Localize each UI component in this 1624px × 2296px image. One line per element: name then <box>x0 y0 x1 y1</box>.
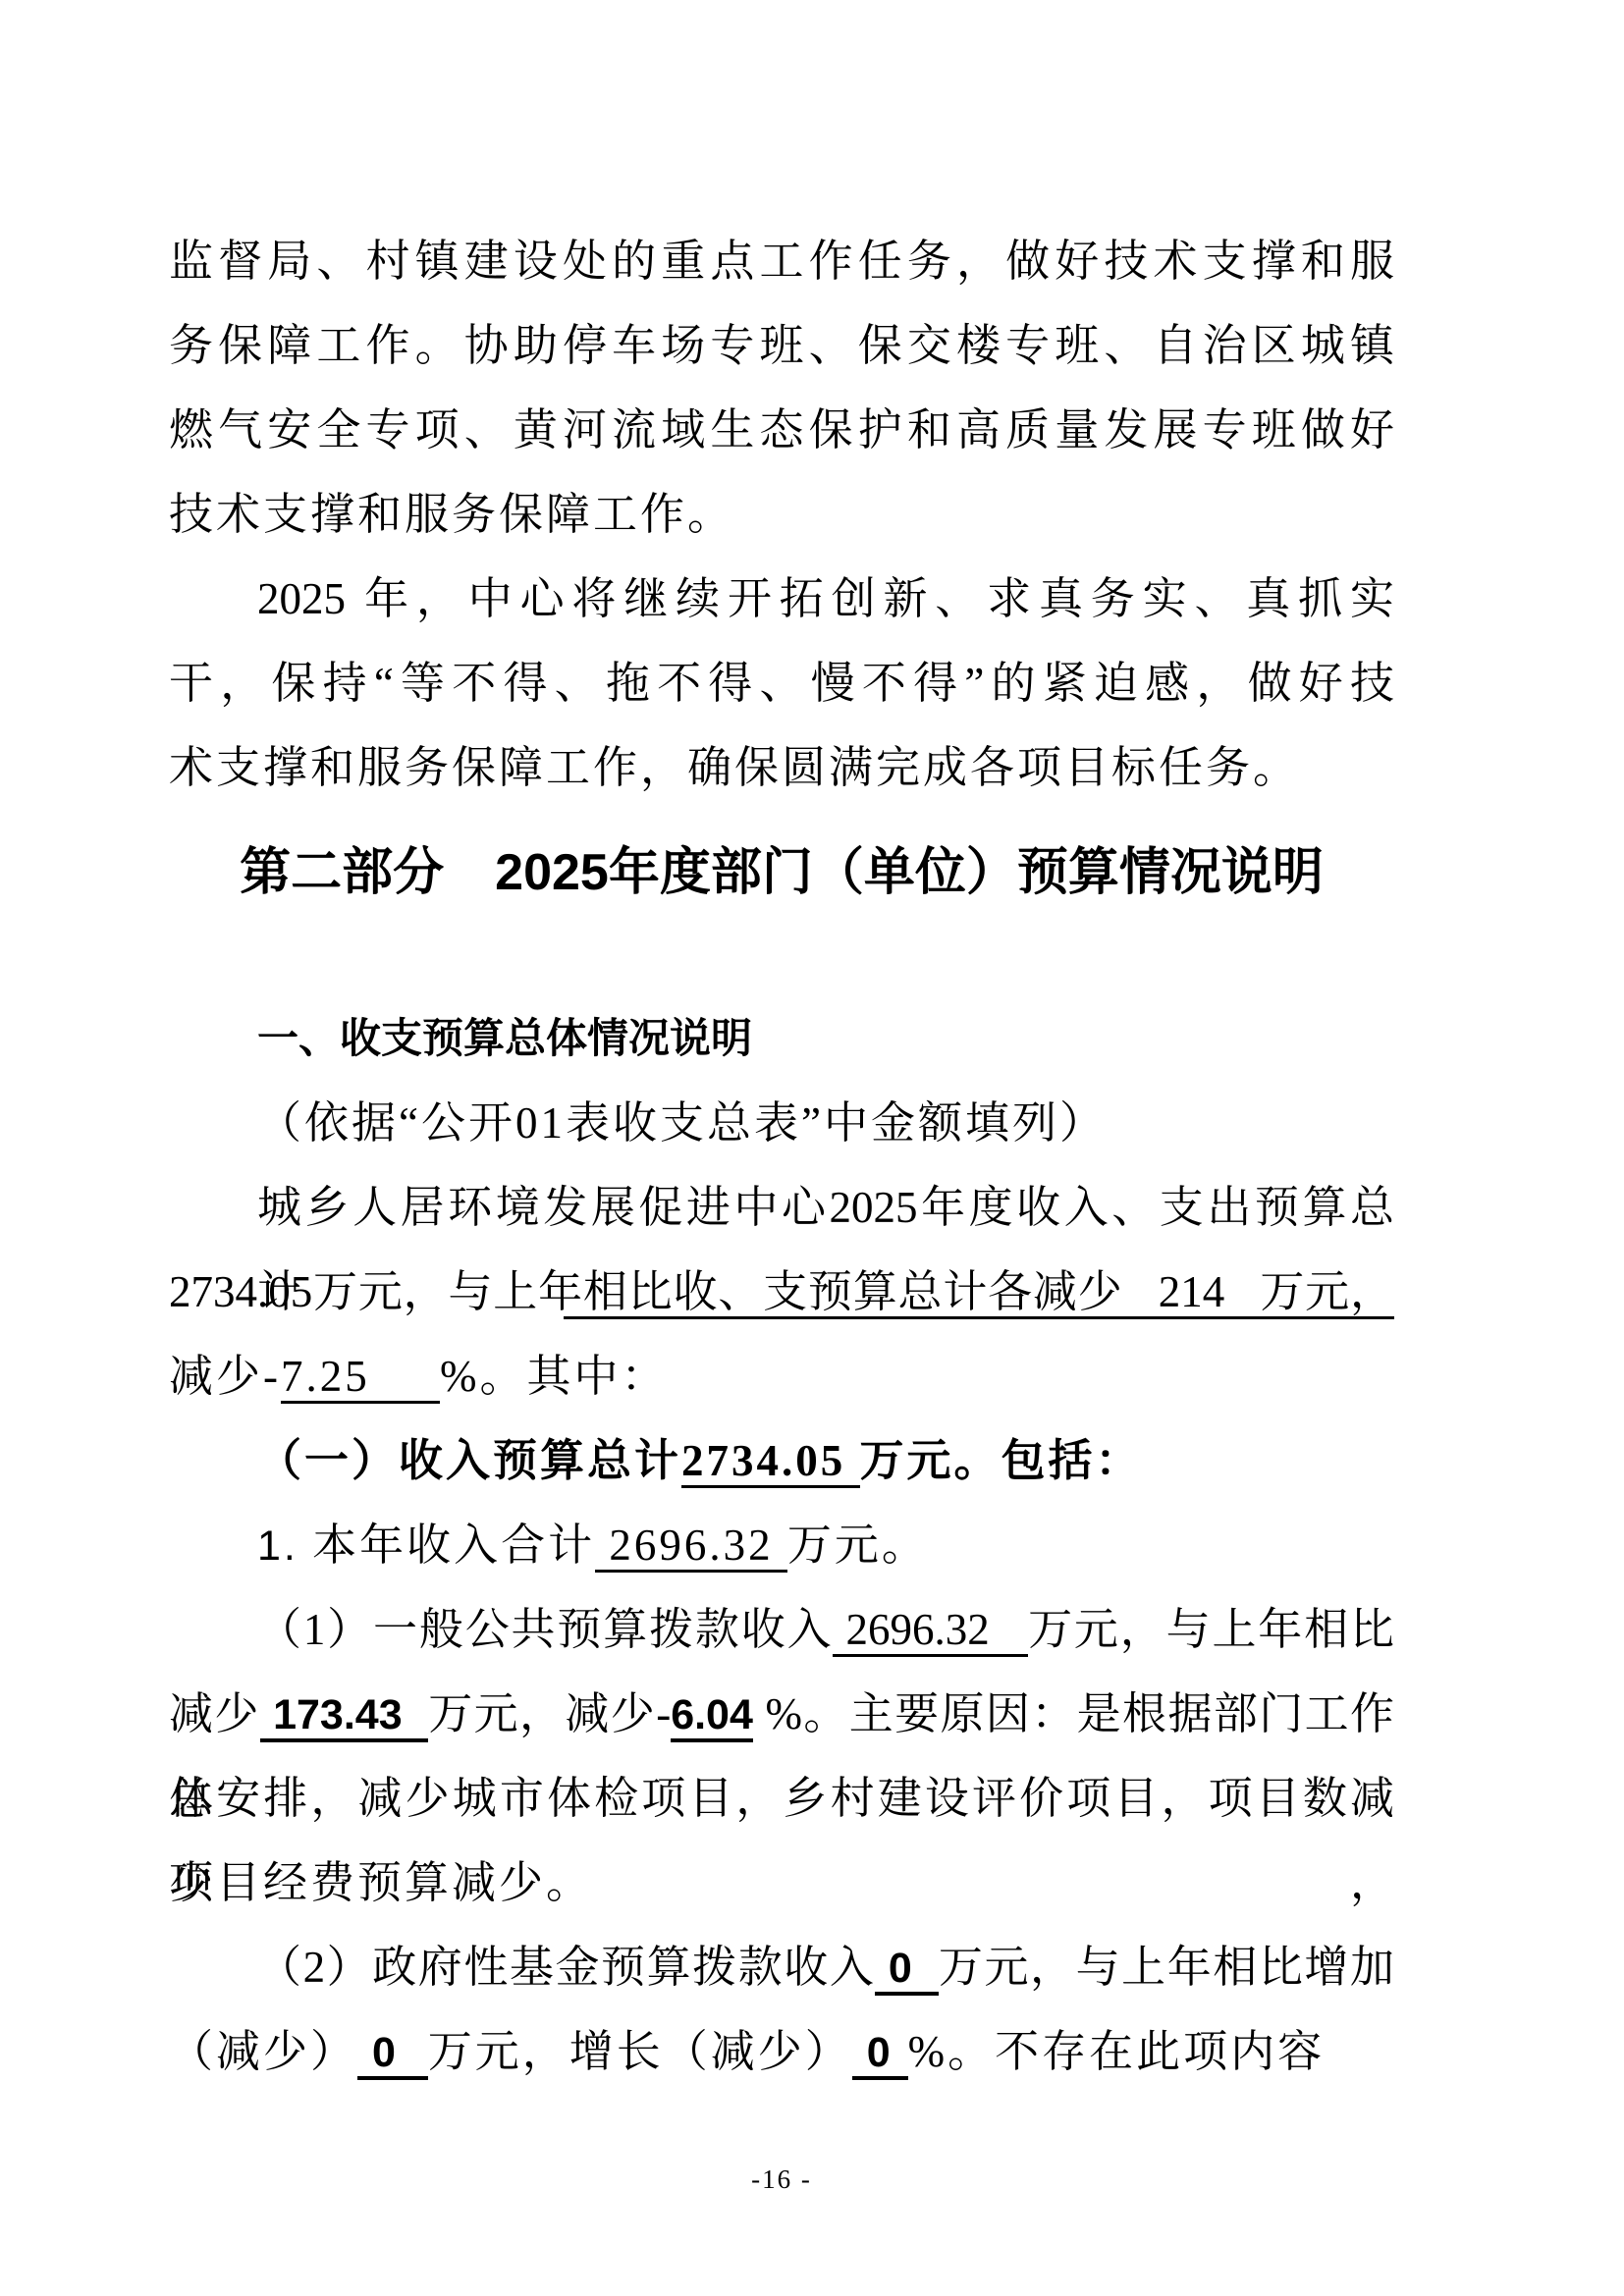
income-item1-2-line1: （2）政府性基金预算拨款收入 0 万元，与上年相比增加 <box>169 1925 1394 2009</box>
text-segment: 燃气安全专项、黄河流域生态保护和高质量发展专班做好 <box>169 405 1394 454</box>
subsection-heading: 一、收支预算总体情况说明 <box>169 996 1394 1081</box>
section-heading: 第二部分 2025年度部门（单位）预算情况说明 <box>169 830 1394 915</box>
text-segment: 万元，与上年相比 <box>1028 1605 1394 1654</box>
para3-line3: 减少-7.25 %。其中： <box>169 1334 1394 1418</box>
text-segment: 万元， <box>1260 1267 1394 1316</box>
text-segment: 务保障工作。协助停车场专班、保交楼专班、自治区城镇 <box>169 321 1394 370</box>
text-segment: 0 <box>875 1945 938 1996</box>
para2-line1: 2025 年，中心将继续开拓创新、求真务实、真抓实 <box>169 557 1394 641</box>
text-segment: 2025 年，中心将继续开拓创新、求真务实、真抓实 <box>257 574 1394 623</box>
para3-line1: 城乡人居环境发展促进中心2025年度收入、支出预算总计 <box>169 1165 1394 1250</box>
basis-note: （依据“公开01表收支总表”中金额填列） <box>169 1081 1394 1165</box>
text-segment: 万元。 <box>787 1521 929 1570</box>
text-segment: （依据“公开01表收支总表”中金额填列） <box>257 1098 1107 1148</box>
document-page: 监督局、村镇建设处的重点工作任务，做好技术支撑和服务保障工作。协助停车场专班、保… <box>0 0 1624 2296</box>
text-segment: 0 <box>357 2029 428 2080</box>
text-segment: 万元，减少- <box>428 1689 671 1738</box>
text-segment: 项目经费预算减少。 <box>169 1858 593 1907</box>
text-segment: 减少- <box>169 1352 281 1401</box>
para1-line3: 燃气安全专项、黄河流域生态保护和高质量发展专班做好 <box>169 388 1394 472</box>
text-segment: 0 <box>852 2029 908 2080</box>
text-segment: 6.04 <box>671 1691 753 1742</box>
text-segment: 7.25 <box>281 1352 440 1404</box>
text-segment: 2696.32 <box>833 1605 1028 1657</box>
text-segment: 技术支撑和服务保障工作。 <box>169 490 734 539</box>
text-segment: 术支撑和服务保障工作，确保圆满完成各项目标任务。 <box>169 743 1300 792</box>
para3-line2: 2734.05万元，与上年相比收、支预算总计各减少 214 万元， <box>169 1250 1394 1334</box>
text-segment: （1）一般公共预算拨款收入 <box>257 1605 833 1654</box>
text-segment: 2696.32 <box>595 1521 787 1573</box>
income-item1-2-line2: （减少） 0 万元，增长（减少） 0 %。不存在此项内容 <box>169 2009 1394 2094</box>
text-segment: 监督局、村镇建设处的重点工作任务，做好技术支撑和服 <box>169 237 1394 286</box>
income-item1-1-line1: （1）一般公共预算拨款收入 2696.32 万元，与上年相比 <box>169 1587 1394 1672</box>
text-segment: 一、收支预算总体情况说明 <box>257 1015 752 1061</box>
income-item1: 1. 本年收入合计 2696.32 万元。 <box>169 1503 1394 1587</box>
text-segment: 万元，与上年相比增加 <box>939 1943 1394 1992</box>
page-number: -16 - <box>169 2164 1394 2195</box>
text-segment: 干，保持“等不得、拖不得、慢不得”的紧迫感，做好技 <box>169 659 1394 708</box>
text-segment: 万元，增长（减少） <box>428 2027 852 2076</box>
text-segment: 万元。包括： <box>860 1436 1143 1485</box>
income-total-line: （一）收入预算总计2734.05 万元。包括： <box>169 1418 1394 1503</box>
text-segment: 2734.05 <box>681 1436 860 1488</box>
text-segment: 1. <box>257 1522 298 1570</box>
para2-line2: 干，保持“等不得、拖不得、慢不得”的紧迫感，做好技 <box>169 641 1394 725</box>
text-segment: %。其中： <box>440 1352 669 1401</box>
para1-line1: 监督局、村镇建设处的重点工作任务，做好技术支撑和服 <box>169 219 1394 303</box>
text-segment: 2734.05万元，与上年相比收、支预算总计各减少 <box>169 1267 1123 1316</box>
text-segment: 本年收入合计 <box>298 1521 595 1570</box>
text-segment: 减少 <box>169 1689 260 1738</box>
income-item1-1-line2: 减少 173.43 万元，减少-6.04 %。主要原因：是根据部门工作总 <box>169 1672 1394 1756</box>
text-segment: 173.43 <box>260 1691 429 1742</box>
para1-line2: 务保障工作。协助停车场专班、保交楼专班、自治区城镇 <box>169 303 1394 388</box>
income-item1-1-line3: 体安排，减少城市体检项目，乡村建设评价项目，项目数减少， <box>169 1756 1394 1841</box>
text-segment: 第二部分 2025年度部门（单位）预算情况说明 <box>240 844 1324 901</box>
document-body: 监督局、村镇建设处的重点工作任务，做好技术支撑和服务保障工作。协助停车场专班、保… <box>169 219 1394 2094</box>
text-segment: %。不存在此项内容 <box>908 2027 1326 2076</box>
text-segment: （一）收入预算总计 <box>257 1436 681 1485</box>
text-segment: （减少） <box>169 2027 357 2076</box>
para1-line4: 技术支撑和服务保障工作。 <box>169 472 1394 557</box>
text-segment: 214 <box>1123 1267 1261 1319</box>
para2-line3: 术支撑和服务保障工作，确保圆满完成各项目标任务。 <box>169 725 1394 810</box>
text-segment: （2）政府性基金预算拨款收入 <box>257 1943 875 1992</box>
